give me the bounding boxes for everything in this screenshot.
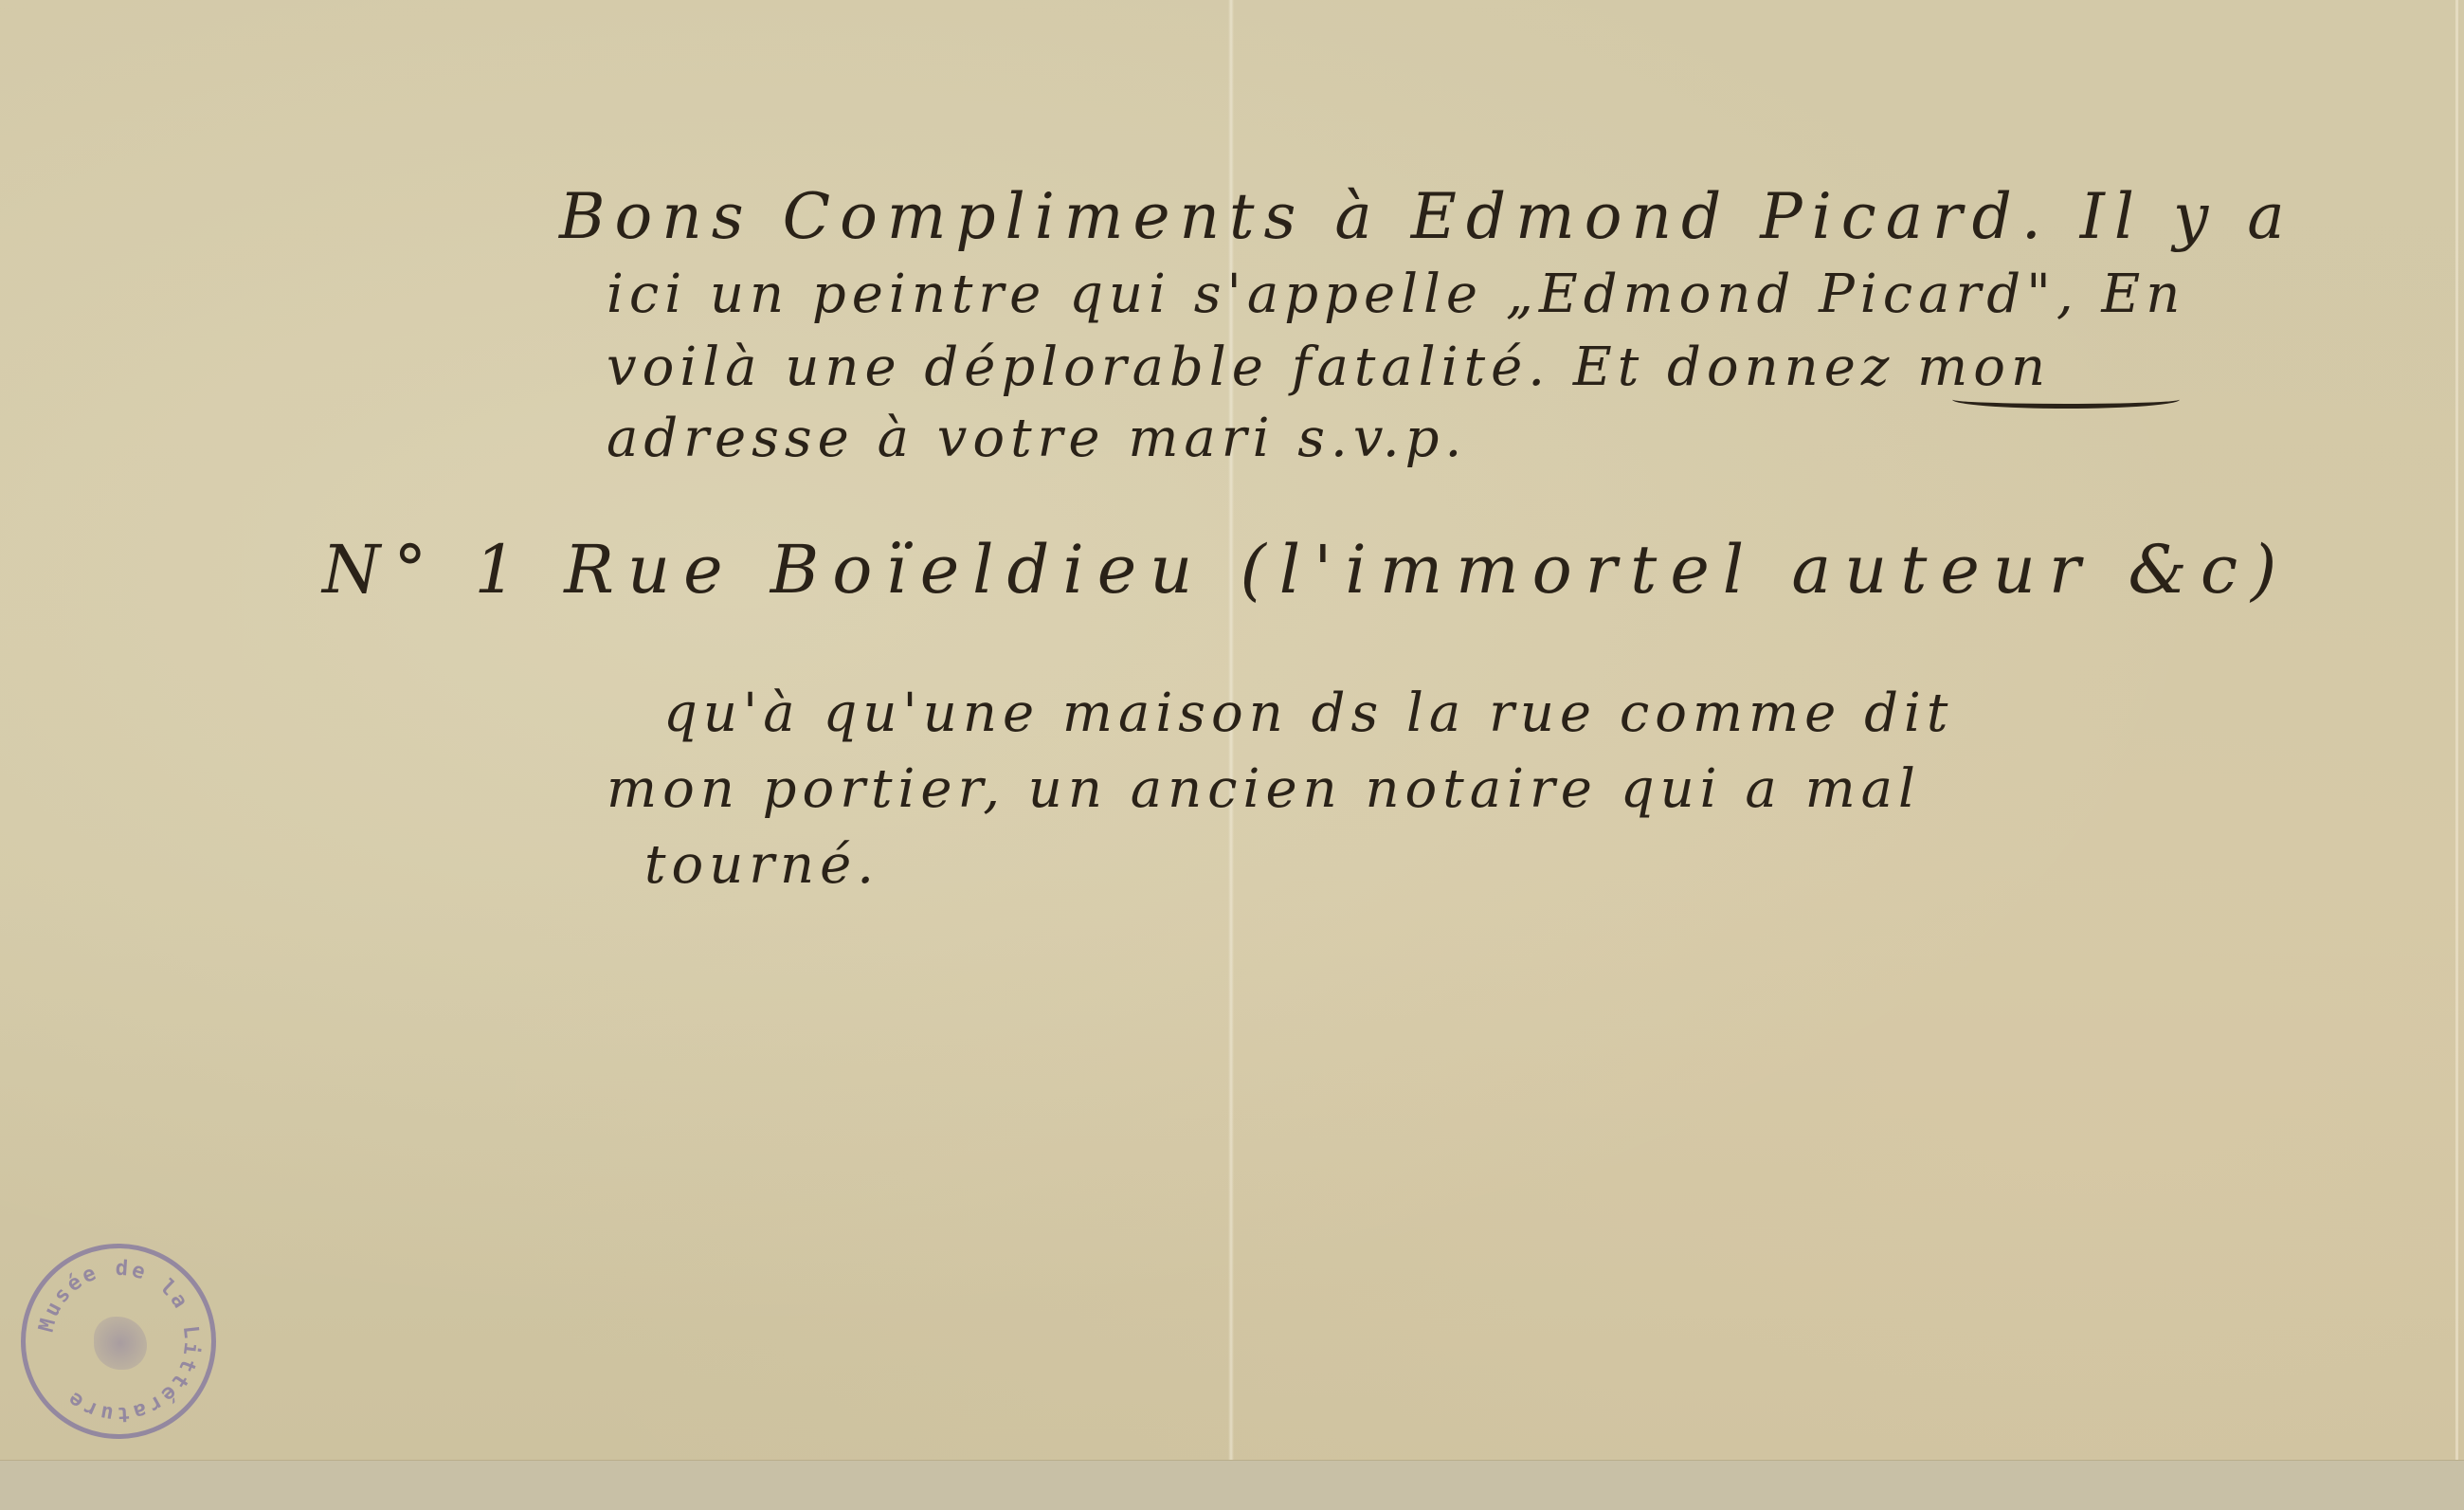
address-line: N° 1 Rue Boïeldieu (l'immortel auteur &c… [322,531,2290,609]
letter-line-7: mon portier, un ancien notaire qui a mal [607,758,1921,820]
letter-line-1: Bons Compliments à Edmond Picard. Il y a [559,180,2294,253]
letter-line-8: tourné. [644,834,879,896]
letter-line-3: voilà une déplorable fatalité. Et donnez… [607,337,2051,398]
letter-line-2: ici un peintre qui s'appelle „Edmond Pic… [607,264,2185,325]
letter-line-4: adresse à votre mari s.v.p. [607,408,1467,469]
museum-stamp: Musée de la Littérature [21,1244,216,1439]
underline-flourish [1952,391,2180,409]
mount-bottom-strip [0,1460,2464,1510]
letter-line-6: qu'à qu'une maison ds la rue comme dit [663,682,1953,744]
paper-edge [2455,0,2458,1510]
